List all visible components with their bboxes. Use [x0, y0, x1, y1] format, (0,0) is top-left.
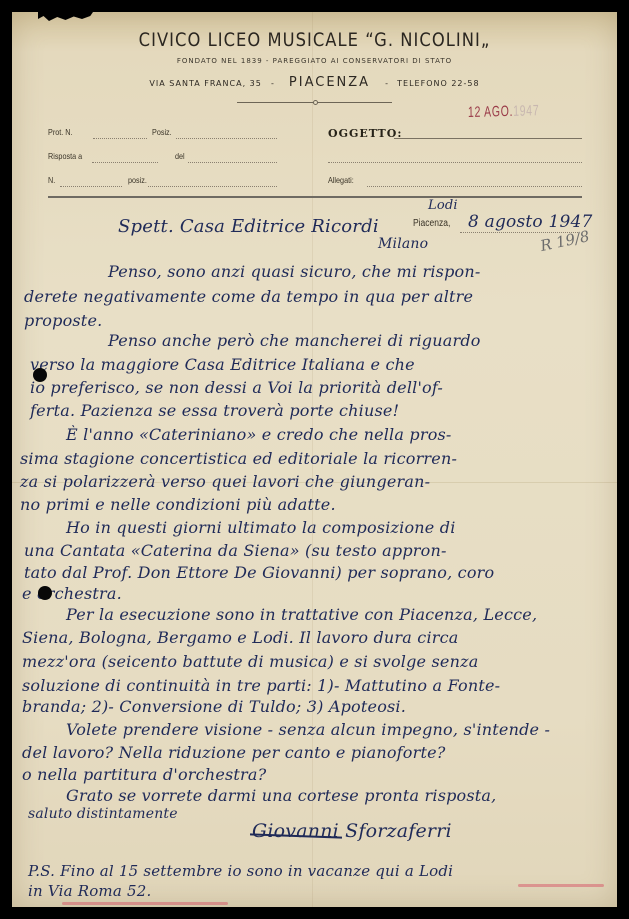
- body-line: Grato se vorrete darmi una cortese pront…: [66, 786, 496, 805]
- letterhead-separator: -: [271, 79, 274, 88]
- del-field: [188, 161, 277, 163]
- red-pencil-underline: [518, 884, 604, 887]
- body-line: Penso anche però che mancherei di riguar…: [108, 331, 481, 350]
- body-line: ferta. Pazienza se essa troverà porte ch…: [30, 401, 399, 420]
- risposta-label: Risposta a: [48, 151, 82, 161]
- printed-place: Piacenza,: [413, 218, 450, 229]
- risposta-field: [92, 161, 158, 163]
- received-date-stamp: 12 AGO.1947: [468, 102, 540, 121]
- red-pencil-underline: [62, 902, 228, 905]
- oggetto-label: OGGETTO:: [328, 127, 402, 140]
- body-line: È l'anno «Cateriniano» e credo che nella…: [66, 425, 452, 444]
- punch-hole: [33, 368, 47, 382]
- body-line: sima stagione concertistica ed editorial…: [20, 449, 457, 468]
- letterhead-institution: CIVICO LICEO MUSICALE “G. NICOLINI„: [44, 29, 585, 51]
- body-line: tato dal Prof. Don Ettore De Giovanni) p…: [24, 563, 494, 582]
- postscript-line: in Via Roma 52.: [28, 882, 151, 900]
- recipient: Spett. Casa Editrice Ricordi: [118, 216, 379, 237]
- place-correction: Lodi: [428, 198, 458, 213]
- body-line: e orchestra.: [22, 584, 122, 603]
- posiz2-field: [148, 185, 277, 187]
- allegati-label: Allegati:: [328, 175, 354, 185]
- stamp-year: 1947: [513, 102, 539, 120]
- del-label: del: [175, 151, 185, 161]
- body-line: Volete prendere visione - senza alcun im…: [66, 720, 550, 739]
- letterhead-subtitle: FONDATO NEL 1839 - PAREGGIATO AI CONSERV…: [0, 57, 629, 65]
- body-line: del lavoro? Nella riduzione per canto e …: [22, 743, 446, 762]
- body-line: o nella partitura d'orchestra?: [22, 765, 266, 784]
- n-label: N.: [48, 175, 55, 185]
- prot-n-label: Prot. N.: [48, 127, 72, 137]
- letterhead-phone: TELEFONO 22-58: [397, 79, 479, 88]
- ornament-dot-icon: [313, 100, 318, 105]
- postscript-line: P.S. Fino al 15 settembre io sono in vac…: [28, 862, 453, 880]
- letterhead-separator: -: [385, 79, 388, 88]
- body-line: Per la esecuzione sono in trattative con…: [66, 605, 537, 624]
- recipient-city: Milano: [378, 236, 428, 252]
- body-line: Penso, sono anzi quasi sicuro, che mi ri…: [108, 262, 480, 281]
- posiz2-label: posiz.: [128, 175, 147, 185]
- body-line: io preferisco, se non dessi a Voi la pri…: [30, 378, 443, 397]
- body-line: za si polarizzerà verso quei lavori che …: [20, 472, 430, 491]
- body-line: branda; 2)- Conversione di Tuldo; 3) Apo…: [22, 697, 406, 716]
- posiz-field: [176, 137, 277, 139]
- body-line: Ho in questi giorni ultimato la composiz…: [66, 518, 456, 537]
- n-field: [60, 185, 122, 187]
- body-line: una Cantata «Caterina da Siena» (su test…: [24, 541, 447, 560]
- stamp-date: 12 AGO.: [468, 103, 513, 121]
- oggetto-field-line-2: [328, 161, 582, 163]
- body-line: mezz'ora (seicento battute di musica) e …: [22, 652, 478, 671]
- body-line: soluzione di continuità in tre parti: 1)…: [22, 676, 500, 695]
- posiz-label: Posiz.: [152, 127, 172, 137]
- punch-hole: [38, 586, 52, 600]
- body-line: no primi e nelle condizioni più adatte.: [20, 495, 336, 514]
- letterhead-address: VIA SANTA FRANCA, 35: [149, 79, 261, 88]
- body-line: verso la maggiore Casa Editrice Italiana…: [30, 355, 415, 374]
- header-divider: [48, 196, 582, 198]
- letterhead-city: PIACENZA: [289, 75, 370, 90]
- prot-n-field: [93, 137, 147, 139]
- oggetto-field: [394, 137, 582, 139]
- body-line: proposte.: [24, 311, 102, 330]
- signature: Giovanni Sforzaferri: [252, 820, 452, 842]
- body-line: Siena, Bologna, Bergamo e Lodi. Il lavor…: [22, 628, 459, 647]
- letterhead-address-line: VIA SANTA FRANCA, 35 - PIACENZA - TELEFO…: [0, 71, 629, 90]
- closing-line: saluto distintamente: [28, 806, 178, 822]
- body-line: derete negativamente come da tempo in qu…: [24, 287, 473, 306]
- allegati-field: [367, 185, 582, 187]
